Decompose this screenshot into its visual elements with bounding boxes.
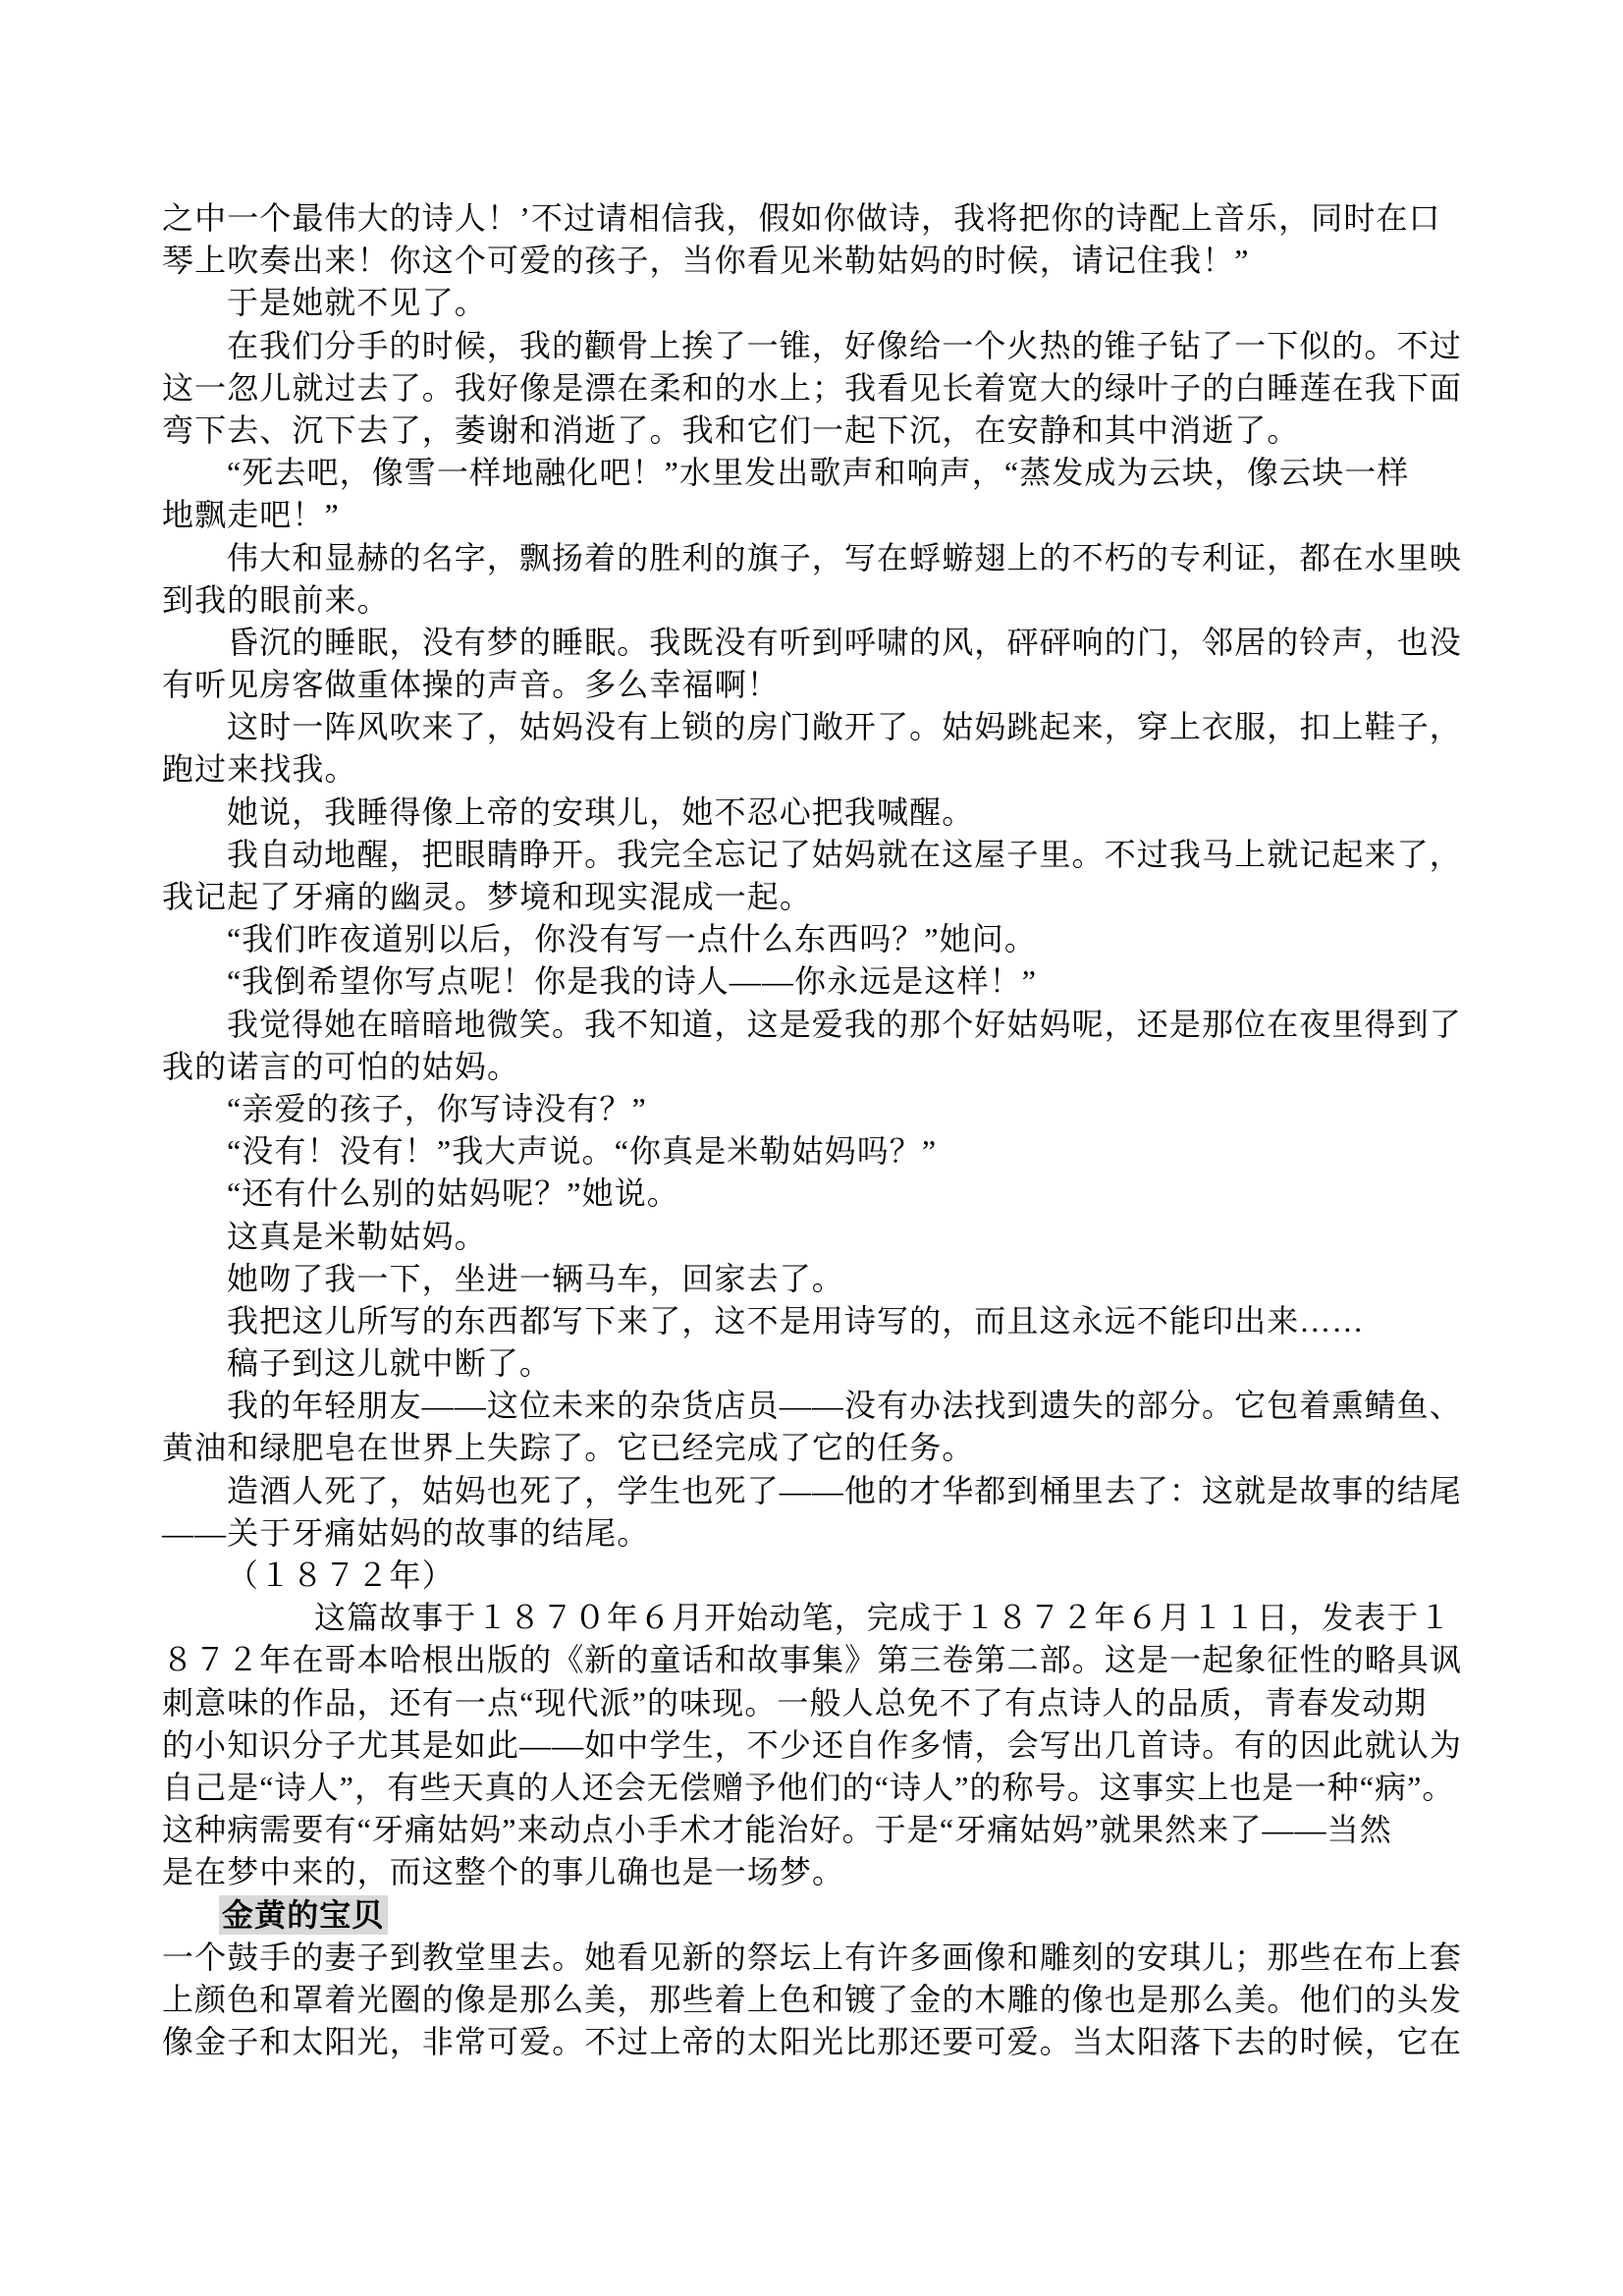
text-line: 造酒人死了，姑妈也死了，学生也死了——他的才华都到桶里去了：这就是故事的结尾 xyxy=(162,1470,1463,1512)
text-line: 弯下去、沉下去了，萎谢和消逝了。我和它们一起下沉，在安静和其中消逝了。 xyxy=(162,410,1463,452)
text-line: 伟大和显赫的名字，飘扬着的胜利的旗子，写在蜉蝣翅上的不朽的专利证，都在水里映 xyxy=(162,537,1463,579)
text-line: “没有！没有！”我大声说。“你真是米勒姑妈吗？” xyxy=(162,1130,1463,1173)
text-line: 是在梦中来的，而这整个的事儿确也是一场梦。 xyxy=(162,1851,1463,1893)
text-line: “亲爱的孩子，你写诗没有？” xyxy=(162,1088,1463,1130)
text-line: “我们昨夜道别以后，你没有写一点什么东西吗？”她问。 xyxy=(162,918,1463,960)
text-line: 昏沉的睡眠，没有梦的睡眠。我既没有听到呼啸的风，砰砰响的门，邻居的铃声，也没 xyxy=(162,622,1463,664)
text-line: ８７２年在哥本哈根出版的《新的童话和故事集》第三卷第二部。这是一起象征性的略具讽 xyxy=(162,1639,1463,1681)
text-line: 她吻了我一下，坐进一辆马车，回家去了。 xyxy=(162,1258,1463,1300)
text-line: 于是她就不见了。 xyxy=(162,282,1463,324)
text-line: 稿子到这儿就中断了。 xyxy=(162,1342,1463,1385)
text-line: 这真是米勒姑妈。 xyxy=(162,1216,1463,1258)
text-line: 黄油和绿肥皂在世界上失踪了。它已经完成了它的任务。 xyxy=(162,1427,1463,1469)
text-line: 这时一阵风吹来了，姑妈没有上锁的房门敞开了。姑妈跳起来，穿上衣服，扣上鞋子， xyxy=(162,706,1463,748)
text-line: 我的诺言的可怕的姑妈。 xyxy=(162,1046,1463,1088)
text-line: 琴上吹奏出来！你这个可爱的孩子，当你看见米勒姑妈的时候，请记住我！” xyxy=(162,240,1463,282)
text-line: （１８７２年） xyxy=(162,1555,1463,1597)
text-line: 她说，我睡得像上帝的安琪儿，她不忍心把我喊醒。 xyxy=(162,792,1463,834)
section-heading-text: 金黄的宝贝 xyxy=(219,1895,388,1935)
text-line: 像金子和太阳光，非常可爱。不过上帝的太阳光比那还要可爱。当太阳落下去的时候，它在 xyxy=(162,2021,1463,2063)
text-line: 到我的眼前来。 xyxy=(162,579,1463,622)
text-line: 有听见房客做重体操的声音。多么幸福啊！ xyxy=(162,664,1463,706)
text-line: 地飘走吧！” xyxy=(162,494,1463,536)
text-line: 跑过来找我。 xyxy=(162,748,1463,791)
text-line: 我觉得她在暗暗地微笑。我不知道，这是爱我的那个好姑妈呢，还是那位在夜里得到了 xyxy=(162,1004,1463,1046)
text-line: 自己是“诗人”，有些天真的人还会无偿赠予他们的“诗人”的称号。这事实上也是一种“… xyxy=(162,1767,1463,1809)
text-line: “死去吧，像雪一样地融化吧！”水里发出歌声和响声，“蒸发成为云块，像云块一样 xyxy=(162,452,1463,494)
text-line: 我的年轻朋友——这位未来的杂货店员——没有办法找到遗失的部分。它包着熏鲭鱼、 xyxy=(162,1385,1463,1427)
text-block: 之中一个最伟大的诗人！’不过请相信我，假如你做诗，我将把你的诗配上音乐，同时在口… xyxy=(162,197,1463,2063)
section-heading: 金黄的宝贝 xyxy=(162,1894,1463,1937)
text-line: 刺意味的作品，还有一点“现代派”的味现。一般人总免不了有点诗人的品质，青春发动期 xyxy=(162,1682,1463,1724)
text-line: 我自动地醒，把眼睛睁开。我完全忘记了姑妈就在这屋子里。不过我马上就记起来了， xyxy=(162,834,1463,876)
text-line: 上颜色和罩着光圈的像是那么美，那些着上色和镀了金的木雕的像也是那么美。他们的头发 xyxy=(162,1979,1463,2021)
text-line: 在我们分手的时候，我的颧骨上挨了一锥，好像给一个火热的锥子钻了一下似的。不过 xyxy=(162,325,1463,367)
text-line: 我把这儿所写的东西都写下来了，这不是用诗写的，而且这永远不能印出来…… xyxy=(162,1300,1463,1342)
text-line: 这一忽儿就过去了。我好像是漂在柔和的水上；我看见长着宽大的绿叶子的白睡莲在我下面 xyxy=(162,367,1463,410)
text-line: “还有什么别的姑妈呢？”她说。 xyxy=(162,1173,1463,1215)
text-line: 的小知识分子尤其是如此——如中学生，不少还自作多情，会写出几首诗。有的因此就认为 xyxy=(162,1724,1463,1767)
text-line: ——关于牙痛姑妈的故事的结尾。 xyxy=(162,1512,1463,1555)
text-line: 一个鼓手的妻子到教堂里去。她看见新的祭坛上有许多画像和雕刻的安琪儿；那些在布上套 xyxy=(162,1937,1463,1979)
text-line: 我记起了牙痛的幽灵。梦境和现实混成一起。 xyxy=(162,876,1463,918)
text-line: 这种病需要有“牙痛姑妈”来动点小手术才能治好。于是“牙痛姑妈”就果然来了——当然 xyxy=(162,1809,1463,1851)
text-line: 之中一个最伟大的诗人！’不过请相信我，假如你做诗，我将把你的诗配上音乐，同时在口 xyxy=(162,197,1463,240)
document-page: 之中一个最伟大的诗人！’不过请相信我，假如你做诗，我将把你的诗配上音乐，同时在口… xyxy=(0,0,1623,2296)
text-line: 这篇故事于１８７０年６月开始动笔，完成于１８７２年６月１１日，发表于１ xyxy=(162,1597,1463,1639)
text-line: “我倒希望你写点呢！你是我的诗人——你永远是这样！” xyxy=(162,960,1463,1003)
